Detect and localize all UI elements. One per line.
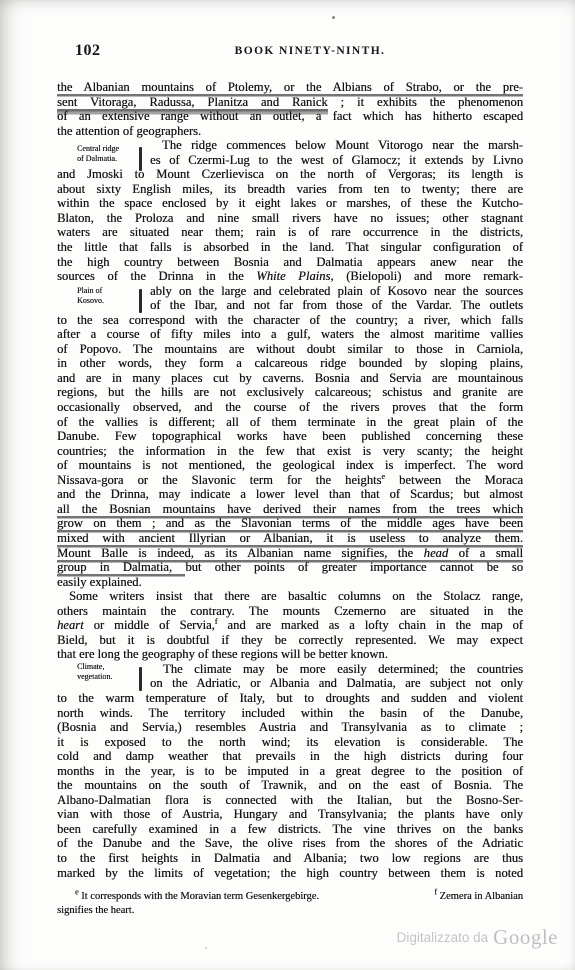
text-line: Bield, but it is doubtful if they be cor… (57, 633, 523, 648)
text-line: the attention of geographers. (57, 124, 523, 139)
text-segment: but other points of greater importance c… (185, 560, 523, 574)
text-line: the mountains on the south of Trawnik, a… (57, 778, 523, 793)
text-segment: countries; the information in the few th… (57, 444, 523, 458)
text-segment: sources of the Drinna in the (57, 269, 256, 283)
text-line: Albano-Dalmatian flora is connected with… (57, 793, 523, 808)
text-segment: of an extensive range without an outlet,… (57, 109, 523, 123)
text-segment: of a small (448, 546, 523, 560)
text-segment: months in the year, is to be imputed in … (57, 764, 523, 778)
footnote-text: Zemera in Albanian (440, 891, 523, 902)
text-segment: to the sea correspond with the character… (57, 313, 523, 327)
text-segment: heart (57, 618, 84, 632)
text-segment: it is exposed to the north wind; its ele… (57, 735, 523, 749)
text-segment: mixed with ancient Illyrian or Albanian,… (57, 531, 523, 545)
text-line: easily explained. (57, 575, 523, 590)
text-line: of the Danube and the Save, the olive ri… (57, 836, 523, 851)
text-segment: within the space enclosed by it eight la… (57, 196, 523, 210)
text-line: the Albanian mountains of Ptolemy, or th… (57, 80, 523, 95)
margin-note-line: Plain of (77, 286, 141, 296)
footnote-marker: f (434, 888, 437, 897)
text-segment: Danube. Few topographical works have bee… (57, 429, 523, 443)
text-line: sent Vitoraga, Radussa, Planitza and Ran… (57, 95, 523, 110)
text-segment: Some writers insist that there are basal… (69, 589, 523, 603)
watermark-text: Digitalizzato da (397, 930, 489, 945)
text-line: it is exposed to the north wind; its ele… (57, 735, 523, 750)
text-line: to the sea correspond with the character… (57, 313, 523, 328)
text-segment: to the first heights in Dalmatia and Alb… (57, 851, 523, 865)
text-line: Mount Balle is indeed, as its Albanian n… (57, 546, 523, 561)
text-line: of Popovo. The mountains are without dou… (57, 342, 523, 357)
footnote-marker: e (75, 888, 79, 897)
book-title: BOOK NINETY-NINTH. (57, 45, 563, 57)
book-page-scan: 102 BOOK NINETY-NINTH. the Albanian moun… (0, 0, 575, 970)
text-segment: (Bielopoli) and more remark- (334, 269, 523, 283)
text-segment: of mountains is not mentioned, the geolo… (57, 458, 523, 472)
text-line: countries; the information in the few th… (57, 444, 523, 459)
footnote-text: It corresponds with the Moravian term Ge… (81, 891, 319, 902)
scan-speck (332, 16, 335, 19)
margin-note-plain-of-kosovo: Plain of Kosovo. (77, 286, 141, 305)
text-segment: the little that falls is absorbed in the… (57, 240, 523, 254)
text-segment: after a course of fifty miles into a gul… (57, 327, 523, 341)
text-segment: others maintain the contrary. The mounts… (57, 604, 523, 618)
text-line: to the first heights in Dalmatia and Alb… (57, 851, 523, 866)
text-segment: marked by the limits of vegetation; the … (57, 866, 523, 880)
footnote-row: e It corresponds with the Moravian term … (57, 890, 523, 904)
text-segment: The climate may be more easily determine… (163, 662, 523, 676)
text-line: marked by the limits of vegetation; the … (57, 866, 523, 881)
text-line: others maintain the contrary. The mounts… (57, 604, 523, 619)
text-segment: north winds. The territory included with… (57, 706, 523, 720)
text-segment: the high country between Bosnia and Dalm… (57, 255, 523, 269)
text-line: waters are situated near them; rain is o… (57, 225, 523, 240)
margin-note-line: Central ridge (77, 144, 141, 154)
text-line: vian with those of Austria, Hungary and … (57, 807, 523, 822)
text-segment: Mount Balle is indeed, as its Albanian n… (57, 546, 424, 560)
text-segment: grow on them ; and as the Slavonian term… (57, 516, 523, 530)
text-segment: ably on the large and celebrated plain o… (150, 284, 523, 298)
text-line: of mountains is not mentioned, the geolo… (57, 458, 523, 473)
text-line: of the vallies is different; all of them… (57, 415, 523, 430)
text-line: the high country between Bosnia and Dalm… (57, 255, 523, 270)
footnote-e: e It corresponds with the Moravian term … (57, 890, 319, 904)
margin-note-line: Climate, (77, 662, 141, 672)
text-segment: to the warm temperature of Italy, but to… (57, 691, 523, 705)
text-segment: the attention of geographers. (57, 124, 201, 138)
text-segment: group in Dalmatia, (57, 560, 185, 574)
margin-note-line: of Dalmatia. (77, 154, 141, 164)
footnotes: e It corresponds with the Moravian term … (57, 890, 523, 917)
text-line: Nissava-gora or the Slavonic term for th… (57, 473, 523, 488)
text-segment: White Plains, (256, 269, 333, 283)
text-line: north winds. The territory included with… (57, 706, 523, 721)
text-line: grow on them ; and as the Slavonian term… (57, 516, 523, 531)
text-column: the Albanian mountains of Ptolemy, or th… (57, 80, 523, 880)
text-line: Blaton, the Proloza and nine small river… (57, 211, 523, 226)
text-segment: sent Vitoraga, Radussa, Planitza and Ran… (57, 95, 328, 109)
margin-note-bar (139, 289, 142, 313)
text-segment: and are marked as a lofty chain in the m… (217, 618, 523, 632)
text-segment: or middle of Servia, (84, 618, 215, 632)
google-watermark: Digitalizzato daGoogle (397, 925, 558, 950)
text-line: to the warm temperature of Italy, but to… (57, 691, 523, 706)
text-segment: of the Danube and the Save, the olive ri… (57, 836, 523, 850)
text-line: and the Drinna, may indicate a lower lev… (57, 487, 523, 502)
text-segment: and the Drinna, may indicate a lower lev… (57, 487, 523, 501)
margin-note-line: vegetation. (77, 672, 141, 682)
text-segment: es of Czermi-Lug to the west of Glamocz;… (150, 153, 523, 167)
text-segment: occasionally observed, and the course of… (57, 400, 523, 414)
margin-note-line: Kosovo. (77, 296, 141, 306)
text-line: and are in many places cut by caverns. B… (57, 371, 523, 386)
text-line: group in Dalmatia, but other points of g… (57, 560, 523, 575)
text-line: heart or middle of Servia,f and are mark… (57, 618, 523, 633)
margin-note-climate-vegetation: Climate, vegetation. (77, 662, 141, 681)
text-line: mixed with ancient Illyrian or Albanian,… (57, 531, 523, 546)
text-segment: the mountains on the south of Trawnik, a… (57, 778, 523, 792)
scan-speck (205, 947, 207, 949)
text-segment: been carefully examined in a few distric… (57, 822, 523, 836)
text-segment: and Jmoski to Mount Czerlievisca on the … (57, 167, 523, 181)
text-segment: waters are situated near them; rain is o… (57, 225, 523, 239)
text-segment: of the Ibar, and not far from those of t… (150, 298, 523, 312)
text-segment: that ere long the geography of these reg… (57, 647, 388, 661)
text-segment: Nissava-gora or the Slavonic term for th… (57, 473, 381, 487)
text-line: the little that falls is absorbed in the… (57, 240, 523, 255)
text-segment: all the Bosnian mountains have derived t… (57, 502, 523, 516)
text-line: (Bosnia and Servia,) resembles Austria a… (57, 720, 523, 735)
text-segment: easily explained. (57, 575, 142, 589)
text-line: Some writers insist that there are basal… (57, 589, 523, 604)
scan-speck (330, 627, 332, 629)
text-line: of an extensive range without an outlet,… (57, 109, 523, 124)
text-line: all the Bosnian mountains have derived t… (57, 502, 523, 517)
page-header: 102 BOOK NINETY-NINTH. (57, 42, 523, 62)
text-line: Danube. Few topographical works have bee… (57, 429, 523, 444)
margin-note-central-ridge: Central ridge of Dalmatia. (77, 144, 141, 163)
text-segment: of Popovo. The mountains are without dou… (57, 342, 523, 356)
text-line: after a course of fifty miles into a gul… (57, 327, 523, 342)
text-segment: vian with those of Austria, Hungary and … (57, 807, 523, 821)
text-segment: in other words, they form a calcareous r… (57, 356, 523, 370)
text-line: regions, but the hills are not exclusive… (57, 385, 523, 400)
text-line: cold and damp weather that prevails in t… (57, 749, 523, 764)
footnote-continuation: signifies the heart. (57, 904, 523, 918)
text-line: been carefully examined in a few distric… (57, 822, 523, 837)
text-segment: of the vallies is different; all of them… (57, 415, 523, 429)
text-segment: cold and damp weather that prevails in t… (57, 749, 523, 763)
text-line: within the space enclosed by it eight la… (57, 196, 523, 211)
text-segment: regions, but the hills are not exclusive… (57, 385, 523, 399)
text-segment: The ridge commences below Mount Vitorogo… (162, 138, 523, 152)
text-segment: the Albanian mountains of Ptolemy, or th… (57, 80, 523, 94)
footnote-f: f Zemera in Albanian (434, 890, 523, 904)
text-segment: (Bosnia and Servia,) resembles Austria a… (57, 720, 523, 734)
margin-note-bar (139, 667, 142, 691)
text-segment: and are in many places cut by caverns. B… (57, 371, 523, 385)
text-line: occasionally observed, and the course of… (57, 400, 523, 415)
text-line: and Jmoski to Mount Czerlievisca on the … (57, 167, 523, 182)
text-line: that ere long the geography of these reg… (57, 647, 523, 662)
text-line: about sixty English miles, its breadth v… (57, 182, 523, 197)
text-segment: head (424, 546, 448, 560)
text-segment: ; it exhibits the phenomenon (328, 95, 523, 109)
text-segment: on the Adriatic, or Albania and Dalmatia… (150, 676, 523, 690)
text-segment: Bield, but it is doubtful if they be cor… (57, 633, 523, 647)
google-logo: Google (493, 925, 558, 949)
text-line: months in the year, is to be imputed in … (57, 764, 523, 779)
text-line: sources of the Drinna in the White Plain… (57, 269, 523, 284)
text-segment: Blaton, the Proloza and nine small river… (57, 211, 523, 225)
margin-note-bar (139, 147, 142, 171)
text-segment: between the Moraca (385, 473, 523, 487)
text-line: in other words, they form a calcareous r… (57, 356, 523, 371)
text-segment: Albano-Dalmatian flora is connected with… (57, 793, 523, 807)
text-segment: about sixty English miles, its breadth v… (57, 182, 523, 196)
